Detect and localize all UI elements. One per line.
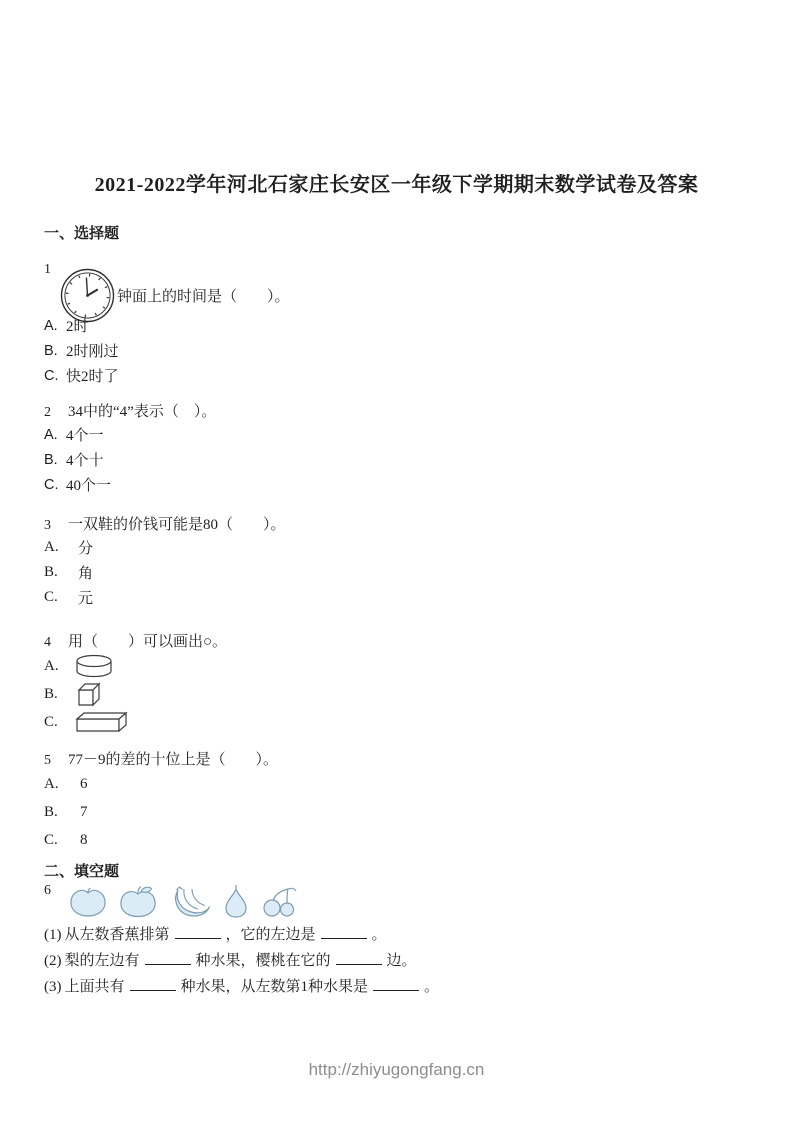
option-3b: B. 角 (44, 560, 749, 585)
option-4b: B. (44, 680, 749, 708)
question-5-stem: 5 77－9的差的十位上是（ ）。 (44, 750, 749, 770)
blank-underline (336, 950, 382, 965)
question-6: 6 (44, 884, 749, 1000)
question-4-number: 4 (44, 636, 68, 650)
blank-underline (145, 950, 191, 965)
fill-line-3-text-b: 种水果，从左数第1种水果是 (181, 979, 369, 995)
peach-icon (68, 886, 117, 918)
fill-line-1-text-b: ，它的左边是 (226, 927, 316, 943)
question-5-options: A. 6 B. 7 C. 8 (44, 770, 749, 854)
question-4-text: 用（ ）可以画出○。 (68, 632, 227, 652)
apple-icon (117, 885, 168, 918)
fill-line-3: (3)上面共有种水果，从左数第1种水果是。 (44, 974, 749, 1000)
question-1: 1 钟面上的时间是（ ）。 A. 2时 (44, 260, 749, 388)
exam-document-page: 2021-2022学年河北石家庄长安区一年级下学期期末数学试卷及答案 一、选择题… (0, 0, 793, 1122)
option-5c-letter: C. (44, 832, 66, 849)
option-3a-label: 分 (78, 537, 93, 558)
cuboid-icon (66, 710, 132, 734)
option-2b-label: 4个十 (66, 449, 104, 470)
fill-line-2-prefix: (2) (44, 953, 62, 969)
pear-icon (221, 884, 260, 918)
option-1a-letter: A. (44, 318, 66, 334)
question-5: 5 77－9的差的十位上是（ ）。 A. 6 B. 7 C. 8 (44, 750, 749, 854)
option-4c-letter: C. (44, 714, 66, 731)
question-2-text: 34中的“4”表示（ ）。 (68, 402, 216, 422)
option-2c: C. 40个一 (44, 472, 749, 497)
option-2c-letter: C. (44, 477, 66, 493)
option-2a-label: 4个一 (66, 424, 104, 445)
section-heading-fill: 二、填空题 (44, 862, 749, 882)
option-2a: A. 4个一 (44, 422, 749, 447)
blank-underline (321, 924, 367, 939)
option-1c-label: 快2时了 (66, 365, 119, 386)
fill-line-1-text-c: 。 (372, 927, 387, 943)
option-5c-label: 8 (80, 832, 88, 849)
option-4c: C. (44, 708, 749, 736)
fill-line-2-text-a: 梨的左边有 (65, 953, 140, 969)
question-5-number: 5 (44, 754, 68, 768)
option-4a-letter: A. (44, 658, 66, 675)
fill-line-3-prefix: (3) (44, 979, 62, 995)
question-5-text: 77－9的差的十位上是（ ）。 (68, 750, 278, 770)
option-5b: B. 7 (44, 798, 749, 826)
question-1-text: 钟面上的时间是（ ）。 (117, 285, 290, 306)
question-6-number: 6 (44, 884, 64, 898)
question-3-number: 3 (44, 519, 68, 533)
section-heading-choice: 一、选择题 (44, 224, 749, 244)
option-4a: A. (44, 652, 749, 680)
option-3c-label: 元 (78, 587, 93, 608)
option-2c-label: 40个一 (66, 474, 111, 495)
fill-line-3-text-a: 上面共有 (65, 979, 125, 995)
fill-line-1-prefix: (1) (44, 927, 62, 943)
question-4-stem: 4 用（ ）可以画出○。 (44, 632, 749, 652)
banana-icon (168, 885, 221, 918)
option-4b-letter: B. (44, 686, 66, 703)
option-3b-letter: B. (44, 564, 66, 581)
option-2a-letter: A. (44, 427, 66, 443)
blank-underline (373, 976, 419, 991)
footer-url: http://zhiyugongfang.cn (0, 1060, 793, 1080)
cylinder-icon (66, 654, 114, 678)
question-4-options: A. B. (44, 652, 749, 736)
fill-line-1-text-a: 从左数香蕉排第 (65, 927, 170, 943)
fill-line-2-text-c: 边。 (387, 953, 417, 969)
option-5a: A. 6 (44, 770, 749, 798)
option-3a-letter: A. (44, 539, 66, 556)
option-5b-label: 7 (80, 804, 88, 821)
document-body: 一、选择题 1 钟面上的时间是（ ）。 (0, 224, 793, 1000)
question-6-fill-lines: (1)从左数香蕉排第，它的左边是。 (2)梨的左边有种水果，樱桃在它的边。 (3… (44, 922, 749, 1000)
page-title: 2021-2022学年河北石家庄长安区一年级下学期期末数学试卷及答案 (0, 0, 793, 198)
option-3b-label: 角 (78, 562, 93, 583)
option-5a-letter: A. (44, 776, 66, 793)
option-5b-letter: B. (44, 804, 66, 821)
option-1a-label: 2时 (66, 315, 89, 336)
option-3a: A. 分 (44, 535, 749, 560)
question-3-text: 一双鞋的价钱可能是80（ ）。 (68, 515, 286, 535)
question-2-options: A. 4个一 B. 4个十 C. 40个一 (44, 422, 749, 497)
option-1c: C. 快2时了 (44, 363, 749, 388)
blank-underline (130, 976, 176, 991)
option-1a: A. 2时 (44, 313, 749, 338)
question-2: 2 34中的“4”表示（ ）。 A. 4个一 B. 4个十 C. 40个一 (44, 402, 749, 497)
option-3c-letter: C. (44, 589, 66, 606)
cherry-icon (260, 886, 309, 918)
option-1b: B. 2时刚过 (44, 338, 749, 363)
question-2-stem: 2 34中的“4”表示（ ）。 (44, 402, 749, 422)
option-1c-letter: C. (44, 368, 66, 384)
cube-icon (66, 681, 102, 708)
fill-line-1: (1)从左数香蕉排第，它的左边是。 (44, 922, 749, 948)
option-1b-letter: B. (44, 343, 66, 359)
option-2b-letter: B. (44, 452, 66, 468)
option-2b: B. 4个十 (44, 447, 749, 472)
option-3c: C. 元 (44, 585, 749, 610)
question-1-options: A. 2时 B. 2时刚过 C. 快2时了 (44, 313, 749, 388)
question-6-fruit-row: 6 (44, 884, 749, 918)
blank-underline (175, 924, 221, 939)
fill-line-2-text-b: 种水果，樱桃在它的 (196, 953, 331, 969)
option-5a-label: 6 (80, 776, 88, 793)
fill-line-3-text-c: 。 (424, 979, 439, 995)
question-3-options: A. 分 B. 角 C. 元 (44, 535, 749, 610)
fill-line-2: (2)梨的左边有种水果，樱桃在它的边。 (44, 948, 749, 974)
question-3: 3 一双鞋的价钱可能是80（ ）。 A. 分 B. 角 C. 元 (44, 515, 749, 610)
question-2-number: 2 (44, 406, 68, 420)
question-4: 4 用（ ）可以画出○。 A. B. (44, 632, 749, 736)
question-3-stem: 3 一双鞋的价钱可能是80（ ）。 (44, 515, 749, 535)
option-1b-label: 2时刚过 (66, 340, 119, 361)
option-5c: C. 8 (44, 826, 749, 854)
